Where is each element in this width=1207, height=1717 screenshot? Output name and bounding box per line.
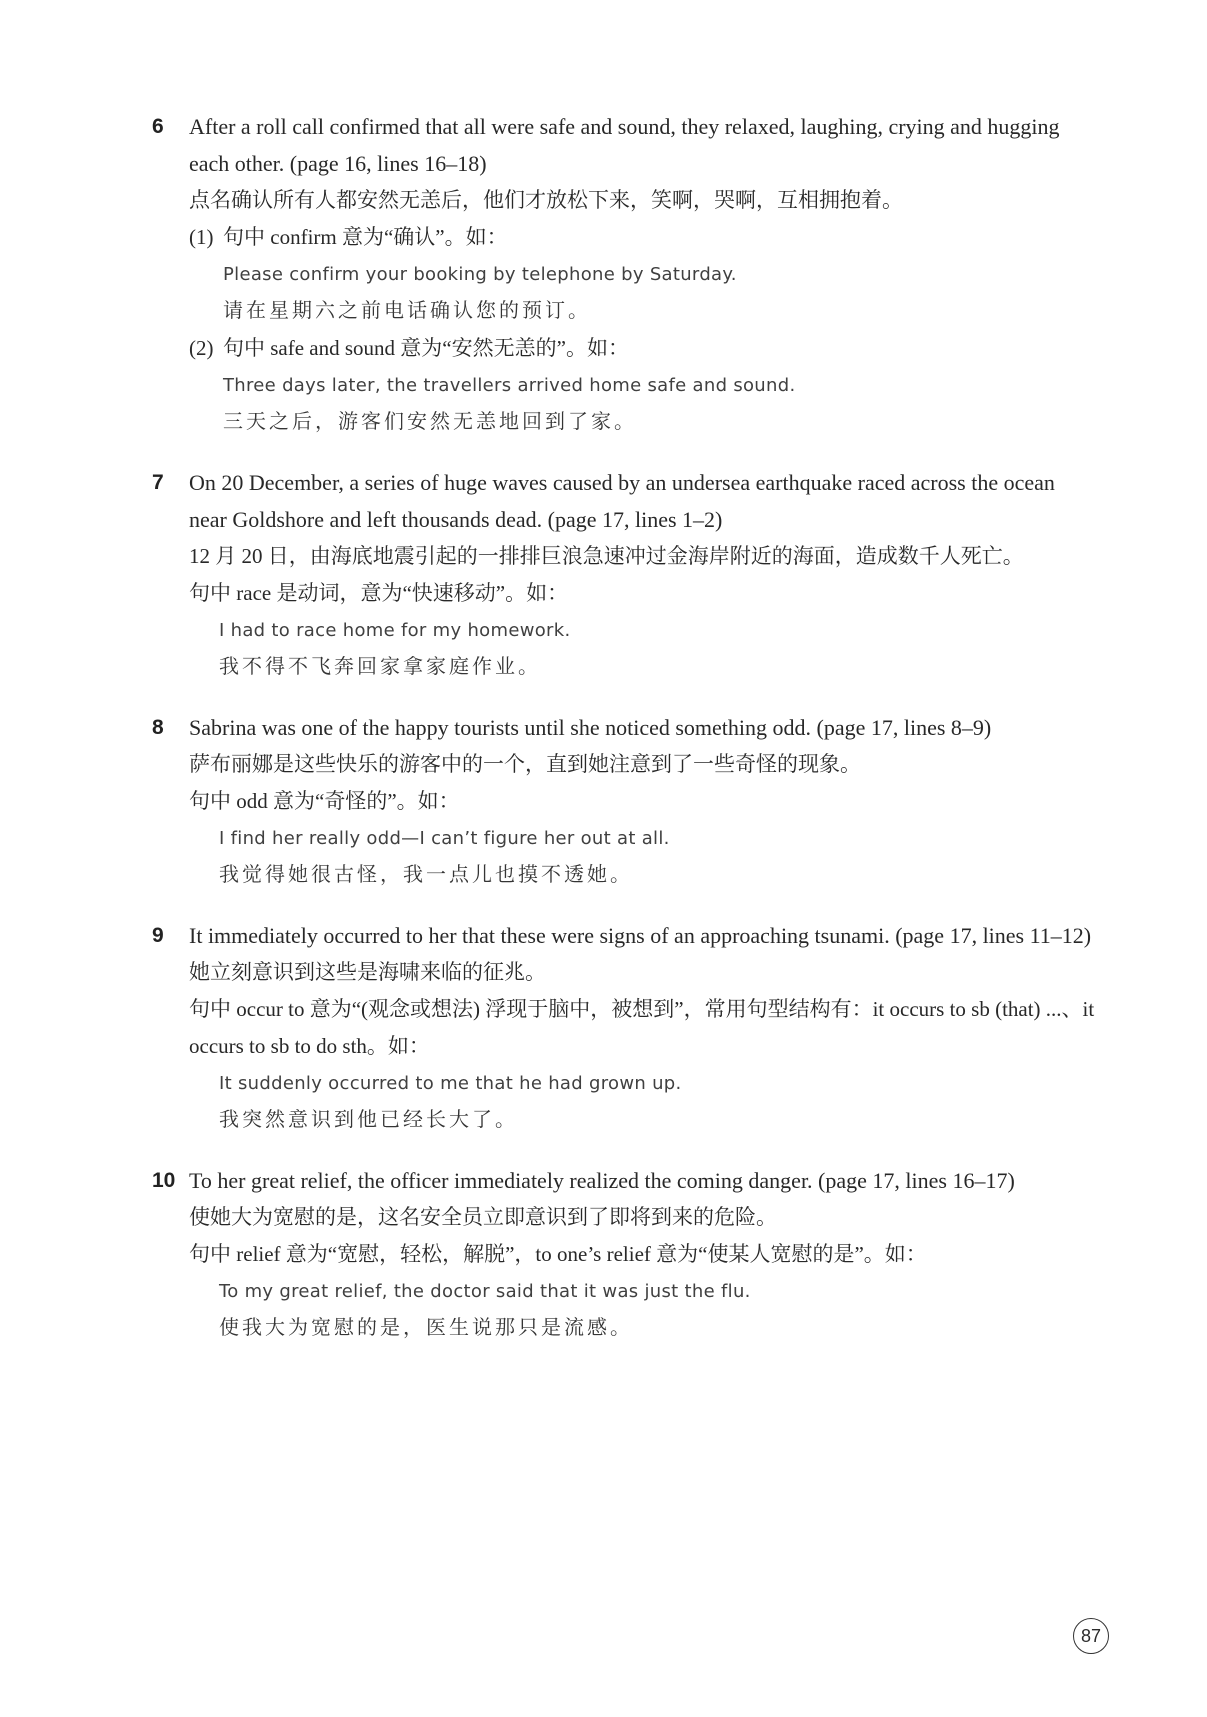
- note-text: 句中 safe and sound 意为“安然无恙的”。如：: [223, 330, 1097, 367]
- item-english-sentence: To her great relief, the officer immedia…: [189, 1162, 1097, 1199]
- example-chinese: 三天之后，游客们安然无恙地回到了家。: [223, 404, 1097, 441]
- item-number: 6: [152, 108, 189, 441]
- item-number: 8: [152, 709, 189, 894]
- example-chinese: 我不得不飞奔回家拿家庭作业。: [219, 649, 1097, 686]
- note-marker: (2): [189, 330, 223, 441]
- example-english: Please confirm your booking by telephone…: [223, 256, 1097, 293]
- item-chinese-translation: 12 月 20 日，由海底地震引起的一排排巨浪急速冲过金海岸附近的海面，造成数千…: [189, 538, 1097, 575]
- page-number: 87: [1081, 1626, 1101, 1647]
- note-text: 句中 confirm 意为“确认”。如：: [223, 219, 1097, 256]
- example-chinese: 我突然意识到他已经长大了。: [219, 1102, 1097, 1139]
- note-item: 句中 odd 意为“奇怪的”。如： I find her really odd—…: [189, 783, 1097, 894]
- item-english-sentence: After a roll call confirmed that all wer…: [189, 108, 1097, 182]
- example-chinese: 我觉得她很古怪，我一点儿也摸不透她。: [219, 857, 1097, 894]
- note-item: (1) 句中 confirm 意为“确认”。如： Please confirm …: [189, 219, 1097, 330]
- item-chinese-translation: 使她大为宽慰的是，这名安全员立即意识到了即将到来的危险。: [189, 1199, 1097, 1236]
- list-item: 9 It immediately occurred to her that th…: [152, 917, 1097, 1139]
- list-item: 8 Sabrina was one of the happy tourists …: [152, 709, 1097, 894]
- note-marker: (1): [189, 219, 223, 330]
- note-text: 句中 race 是动词，意为“快速移动”。如：: [189, 575, 1097, 612]
- page-content: 6 After a roll call confirmed that all w…: [152, 108, 1097, 1370]
- example-chinese: 请在星期六之前电话确认您的预订。: [223, 293, 1097, 330]
- note-item: 句中 occur to 意为“(观念或想法) 浮现于脑中，被想到”，常用句型结构…: [189, 991, 1097, 1139]
- item-number: 7: [152, 464, 189, 686]
- example-english: It suddenly occurred to me that he had g…: [219, 1065, 1097, 1102]
- note-item: 句中 relief 意为“宽慰，轻松，解脱”，to one’s relief 意…: [189, 1236, 1097, 1347]
- example-chinese: 使我大为宽慰的是，医生说那只是流感。: [219, 1310, 1097, 1347]
- list-item: 6 After a roll call confirmed that all w…: [152, 108, 1097, 441]
- example-english: I had to race home for my homework.: [219, 612, 1097, 649]
- item-number: 9: [152, 917, 189, 1139]
- note-item: 句中 race 是动词，意为“快速移动”。如： I had to race ho…: [189, 575, 1097, 686]
- example-english: To my great relief, the doctor said that…: [219, 1273, 1097, 1310]
- list-item: 10 To her great relief, the officer imme…: [152, 1162, 1097, 1347]
- note-item: (2) 句中 safe and sound 意为“安然无恙的”。如： Three…: [189, 330, 1097, 441]
- item-english-sentence: Sabrina was one of the happy tourists un…: [189, 709, 1097, 746]
- item-chinese-translation: 她立刻意识到这些是海啸来临的征兆。: [189, 954, 1097, 991]
- example-english: I find her really odd—I can’t figure her…: [219, 820, 1097, 857]
- page-number-badge: 87: [1073, 1618, 1109, 1654]
- item-english-sentence: On 20 December, a series of huge waves c…: [189, 464, 1097, 538]
- note-text: 句中 relief 意为“宽慰，轻松，解脱”，to one’s relief 意…: [189, 1236, 1097, 1273]
- item-number: 10: [152, 1162, 189, 1347]
- example-english: Three days later, the travellers arrived…: [223, 367, 1097, 404]
- note-text: 句中 occur to 意为“(观念或想法) 浮现于脑中，被想到”，常用句型结构…: [189, 991, 1097, 1065]
- item-chinese-translation: 点名确认所有人都安然无恙后，他们才放松下来，笑啊，哭啊，互相拥抱着。: [189, 182, 1097, 219]
- item-english-sentence: It immediately occurred to her that thes…: [189, 917, 1097, 954]
- list-item: 7 On 20 December, a series of huge waves…: [152, 464, 1097, 686]
- note-text: 句中 odd 意为“奇怪的”。如：: [189, 783, 1097, 820]
- item-chinese-translation: 萨布丽娜是这些快乐的游客中的一个，直到她注意到了一些奇怪的现象。: [189, 746, 1097, 783]
